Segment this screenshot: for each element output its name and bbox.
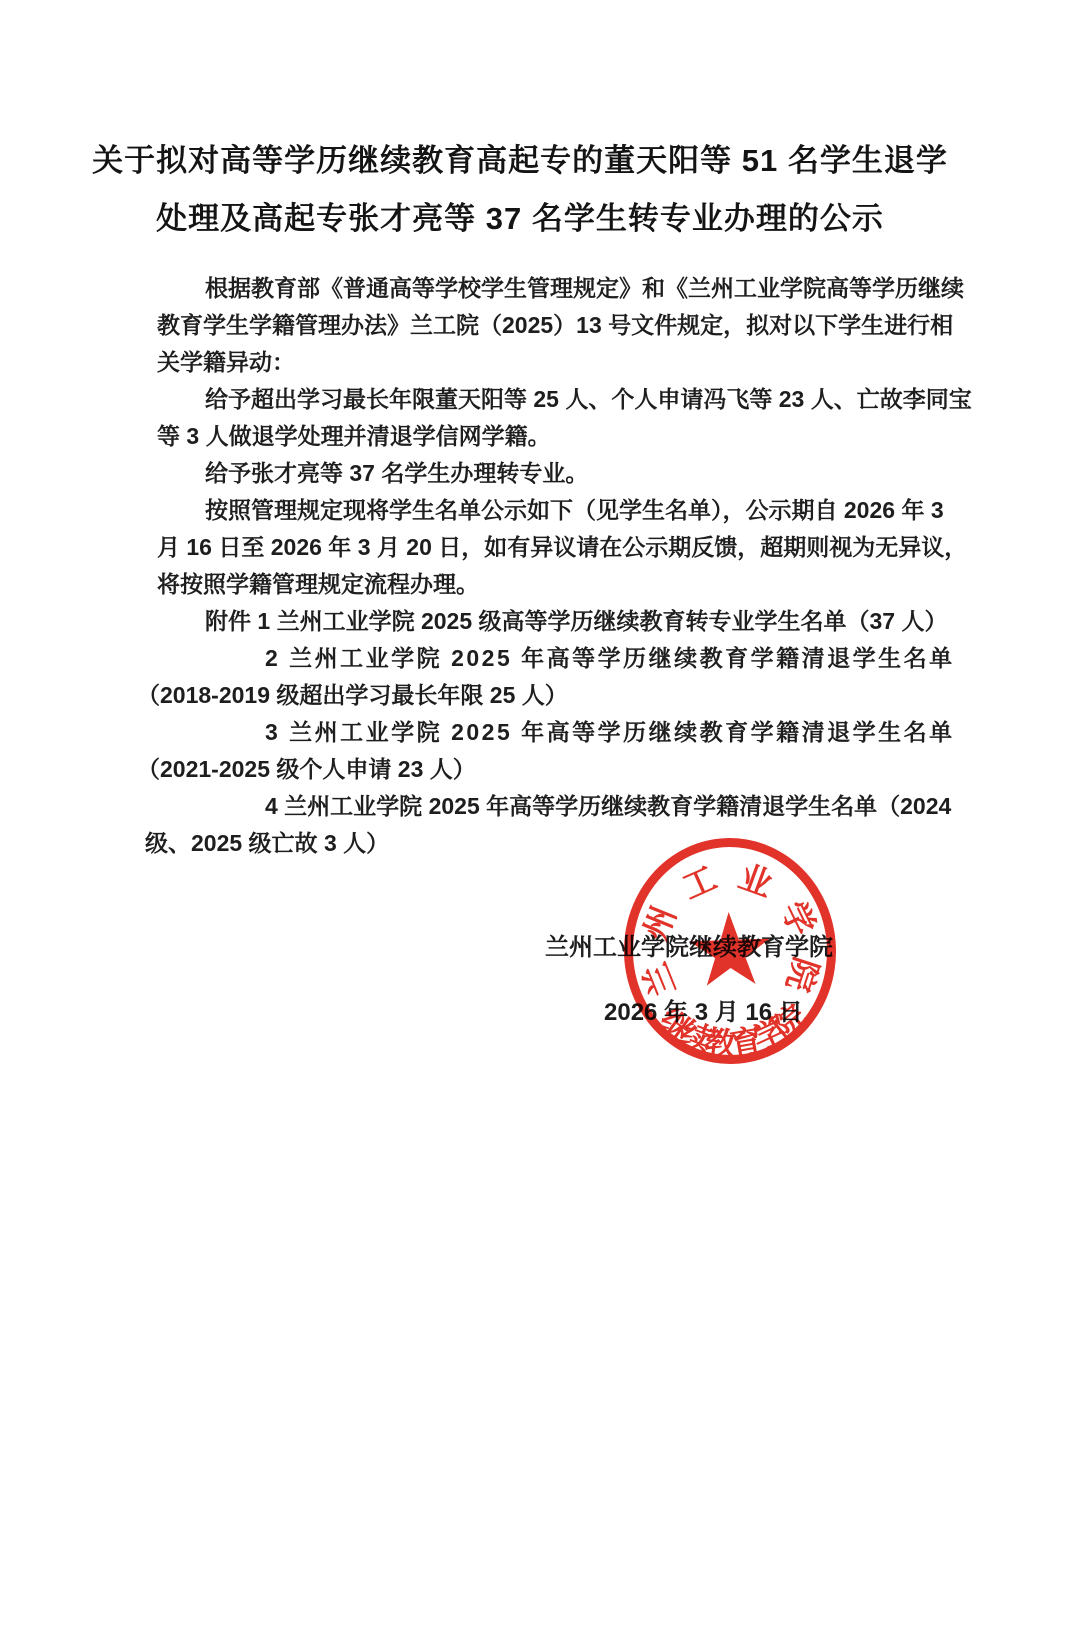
seal-top-arc-char: 业 — [733, 858, 779, 904]
seal-top-arc-char: 工 — [676, 859, 724, 907]
document-page: 关于拟对高等学历继续教育高起专的董天阳等 51 名学生退学 处理及高起专张才亮等… — [0, 0, 1080, 1651]
signature-date: 2026 年 3 月 16 日 — [604, 992, 803, 1027]
body-line-4: 给予超出学习最长年限董天阳等 25 人、个人申请冯飞等 23 人、亡故李同宝 — [157, 381, 927, 418]
attachment-item-3-cont: （2021-2025 级个人申请 23 人） — [137, 751, 927, 788]
body-line-9: 将按照学籍管理规定流程办理。 — [157, 566, 927, 603]
title-line-1: 关于拟对高等学历继续教育高起专的董天阳等 51 名学生退学 — [80, 132, 960, 190]
seal-bottom-arc-char: 教 — [702, 1025, 739, 1062]
seal-bottom-arc-char: 育 — [727, 1023, 766, 1062]
document-title: 关于拟对高等学历继续教育高起专的董天阳等 51 名学生退学 处理及高起专张才亮等… — [80, 132, 960, 248]
body-line-8: 月 16 日至 2026 年 3 月 20 日，如有异议请在公示期反馈，超期则视… — [157, 529, 927, 566]
document-body: 根据教育部《普通高等学校学生管理规定》和《兰州工业学院高等学历继续 教育学生学籍… — [157, 270, 927, 862]
attachment-item-3: 3 兰州工业学院 2025 年高等学历继续教育学籍清退学生名单 — [157, 714, 927, 751]
body-line-3: 关学籍异动： — [157, 344, 927, 381]
body-line-1: 根据教育部《普通高等学校学生管理规定》和《兰州工业学院高等学历继续 — [157, 270, 927, 307]
attachment-item-4: 4 兰州工业学院 2025 年高等学历继续教育学籍清退学生名单（2024 — [157, 788, 927, 825]
body-line-2: 教育学生学籍管理办法》兰工院（2025）13 号文件规定，拟对以下学生进行相 — [157, 307, 927, 344]
body-line-5: 等 3 人做退学处理并清退学信网学籍。 — [157, 418, 927, 455]
attachment-item-2: 2 兰州工业学院 2025 年高等学历继续教育学籍清退学生名单 — [157, 640, 927, 677]
body-line-7: 按照管理规定现将学生名单公示如下（见学生名单），公示期自 2026 年 3 — [157, 492, 927, 529]
attachment-item-1: 附件 1 兰州工业学院 2025 级高等学历继续教育转专业学生名单（37 人） — [157, 603, 927, 640]
title-line-2: 处理及高起专张才亮等 37 名学生转专业办理的公示 — [80, 190, 960, 248]
signature-org: 兰州工业学院继续教育学院 — [545, 927, 833, 962]
attachment-item-4-cont: 级、2025 级亡故 3 人） — [145, 825, 927, 862]
attachment-item-2-cont: （2018-2019 级超出学习最长年限 25 人） — [137, 677, 927, 714]
body-line-6: 给予张才亮等 37 名学生办理转专业。 — [157, 455, 927, 492]
